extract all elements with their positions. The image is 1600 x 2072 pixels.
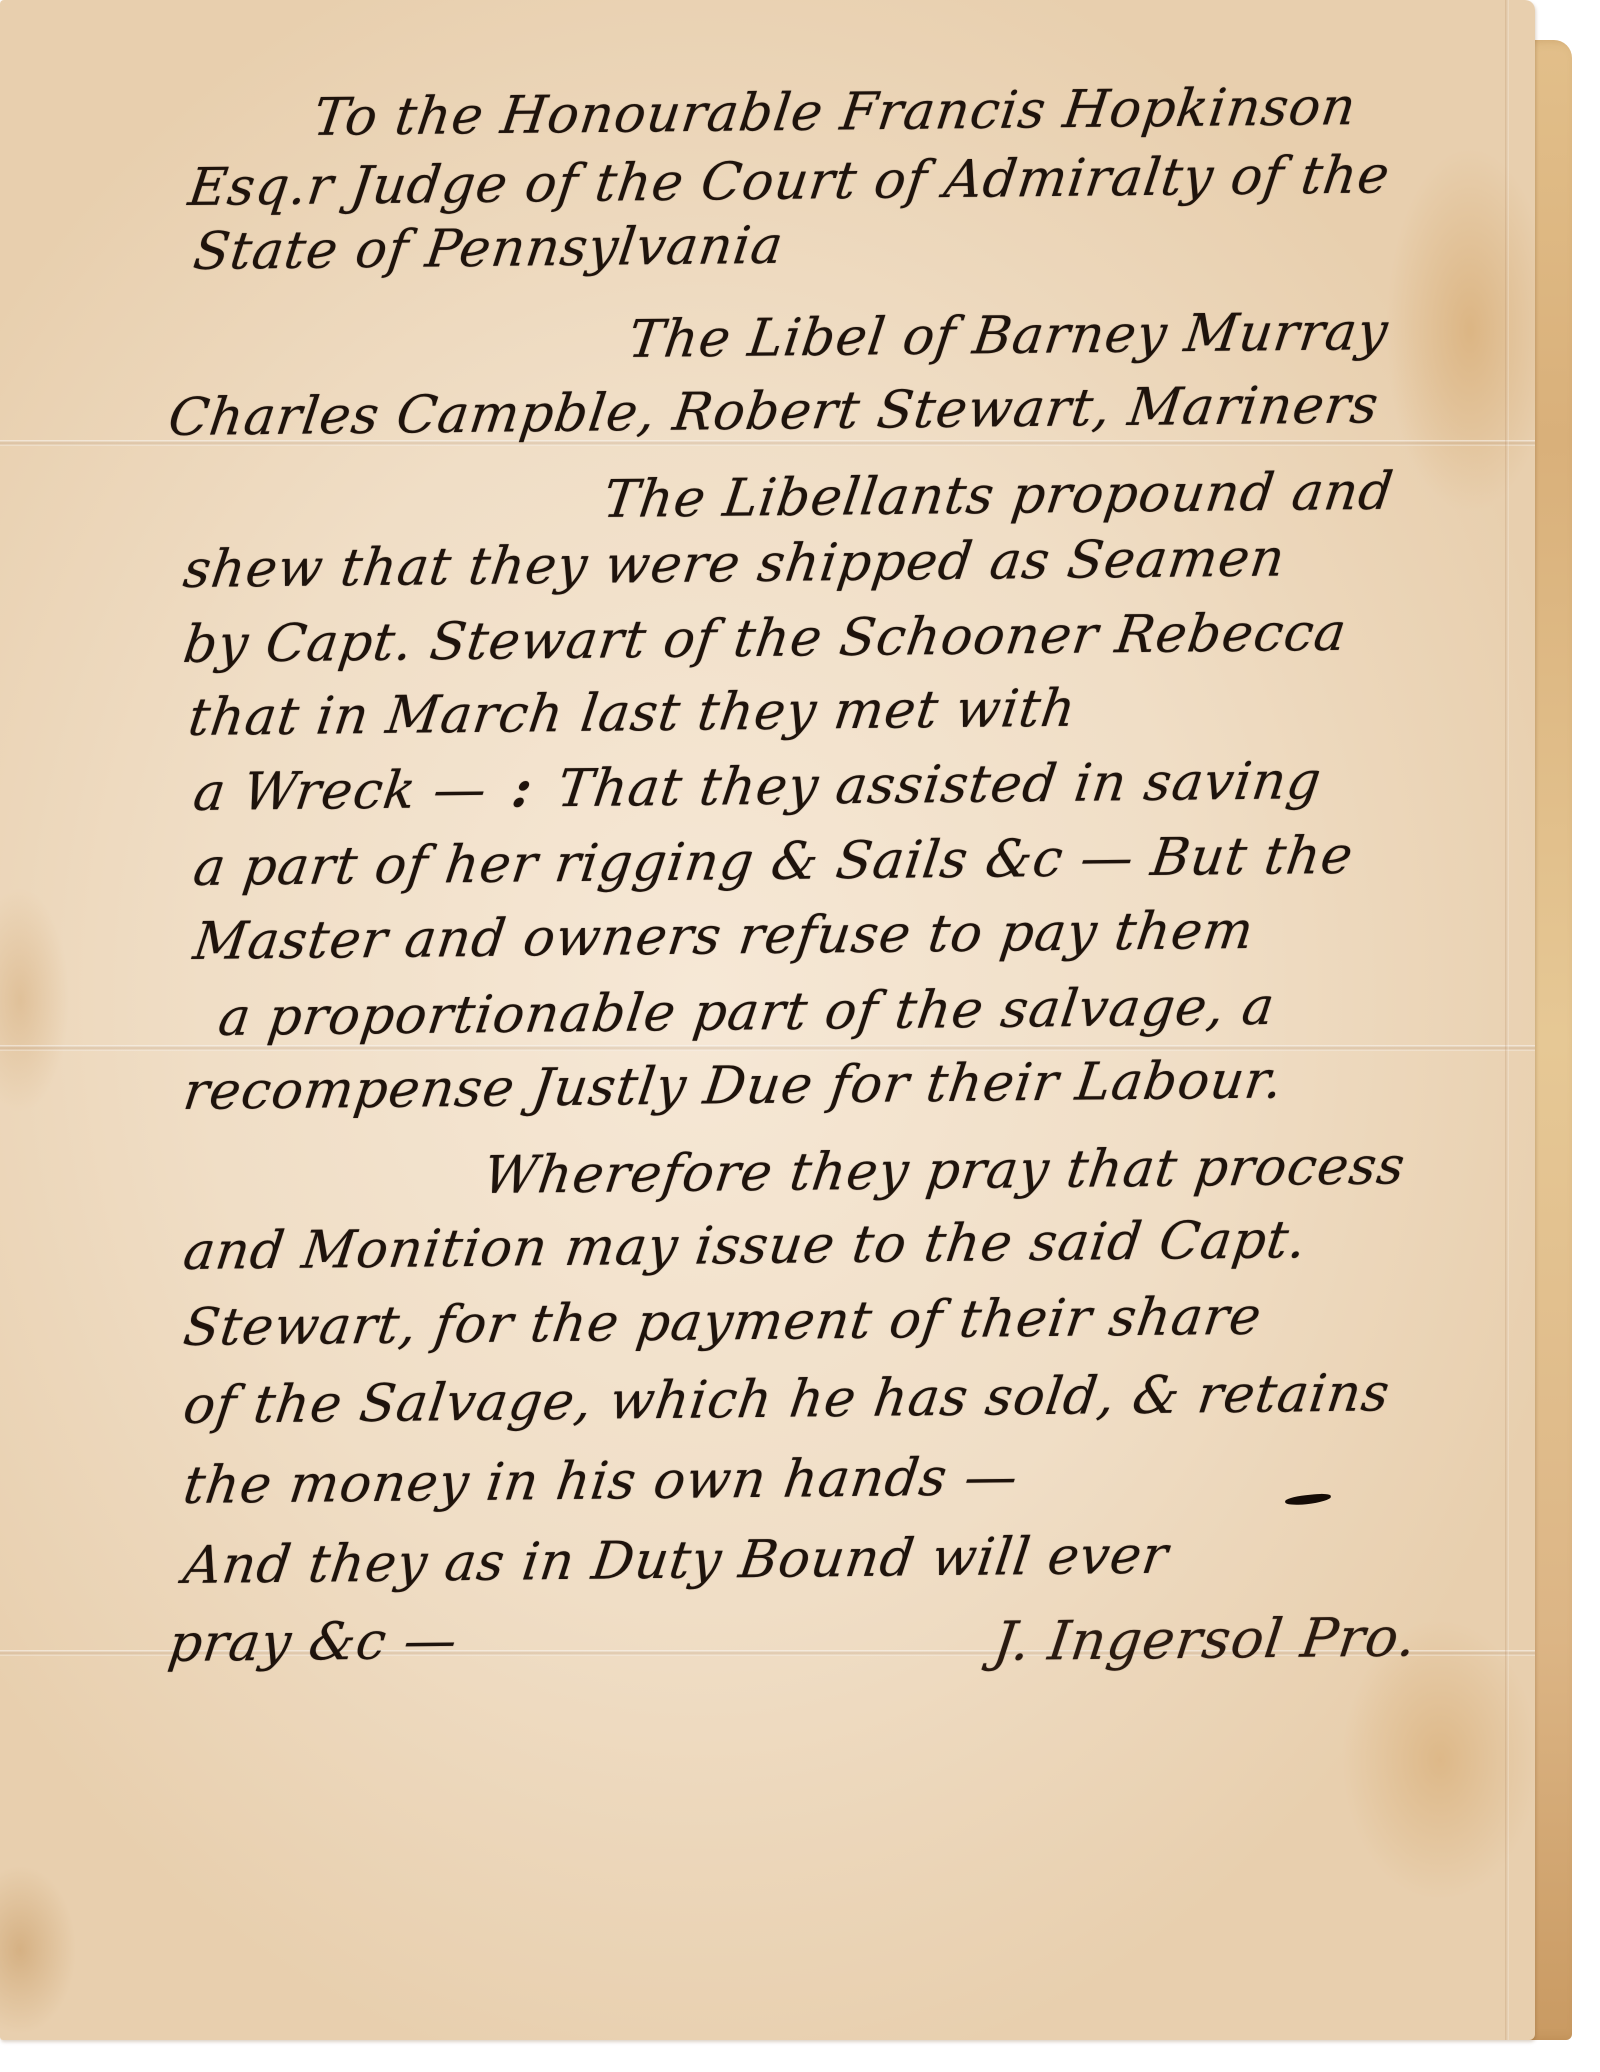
body-line-3: by Capt. Stewart of the Schooner Rebecca	[180, 603, 1350, 675]
caption-line-2: Charles Campble, Robert Stewart, Mariner…	[165, 375, 1382, 448]
caption-line-1: The Libel of Barney Murray	[625, 302, 1392, 370]
document-page: To the Honourable Francis Hopkinson Esq.…	[0, 0, 1535, 2040]
address-line-1: To the Honourable Francis Hopkinson	[310, 77, 1360, 148]
body-line-4: that in March last they met with	[185, 679, 1080, 748]
body-line-5b: That they assisted in saving	[554, 751, 1325, 819]
body-line-5a: a Wreck —	[190, 760, 491, 823]
body-line-9: recompense Justly Due for their Labour.	[180, 1051, 1287, 1122]
ink-blot	[1285, 1493, 1332, 1507]
address-line-3: State of Pennsylvania	[190, 216, 787, 282]
body-line-5: a Wreck — : That they assisted in saving	[190, 750, 1325, 823]
prayer-line-2: and Monition may issue to the said Capt.	[180, 1210, 1310, 1282]
colon-mark: :	[508, 758, 536, 819]
address-line-2: Esq.r Judge of the Court of Admiralty of…	[185, 145, 1394, 218]
body-line-2: shew that they were shipped as Seamen	[180, 528, 1289, 600]
body-line-1: The Libellants propound and	[600, 462, 1397, 530]
prayer-line-5: the money in his own hands —	[180, 1447, 1022, 1516]
prayer-line-6: And they as in Duty Bound will ever	[180, 1526, 1172, 1596]
prayer-line-7: pray &c —	[165, 1611, 461, 1674]
paper-edge-crease	[1505, 0, 1509, 2040]
body-line-6: a part of her rigging & Sails &c — But t…	[190, 826, 1357, 898]
body-line-7: Master and owners refuse to pay them	[190, 901, 1258, 972]
prayer-line-4: of the Salvage, which he has sold, & ret…	[180, 1363, 1393, 1436]
signature: J. Ingersol Pro.	[990, 1606, 1421, 1673]
prayer-line-3: Stewart, for the payment of their share	[180, 1287, 1265, 1358]
prayer-line-1: Wherefore they pray that process	[480, 1136, 1409, 1206]
body-line-8: a proportionable part of the salvage, a	[215, 977, 1278, 1048]
